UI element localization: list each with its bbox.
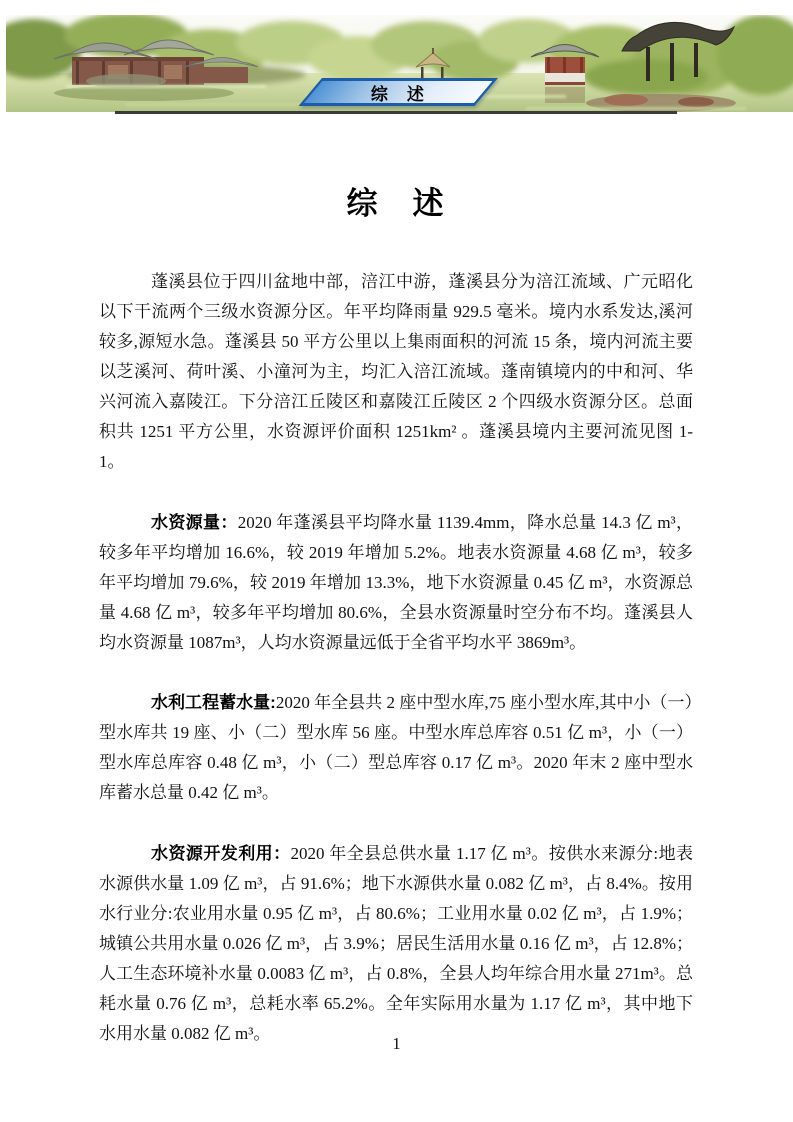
page-title: 综 述: [99, 183, 693, 225]
paragraph-reservoir-storage: 水利工程蓄水量:2020 年全县共 2 座中型水库,75 座小型水库,其中小（一…: [99, 688, 693, 808]
chapter-badge: 综 述: [299, 78, 498, 106]
document-body: 综 述 蓬溪县位于四川盆地中部，涪江中游，蓬溪县分为涪江流域、广元昭化以下干流两…: [99, 183, 693, 1049]
paragraph-text: 2020 年全县总供水量 1.17 亿 m³。按供水来源分:地表水源供水量 1.…: [99, 844, 693, 1043]
page-number: 1: [0, 1034, 793, 1054]
paragraph-lead: 水资源量：: [151, 513, 238, 532]
paragraph-water-utilization: 水资源开发利用：2020 年全县总供水量 1.17 亿 m³。按供水来源分:地表…: [99, 839, 693, 1049]
paragraph-water-resources: 水资源量：2020 年蓬溪县平均降水量 1139.4mm，降水总量 14.3 亿…: [99, 508, 693, 658]
header-divider-line: [115, 111, 677, 114]
paragraph-text: 2020 年蓬溪县平均降水量 1139.4mm，降水总量 14.3 亿 m³，较…: [99, 513, 693, 652]
paragraph-overview: 蓬溪县位于四川盆地中部，涪江中游，蓬溪县分为涪江流域、广元昭化以下干流两个三级水…: [99, 267, 693, 477]
chapter-badge-label: 综 述: [371, 80, 425, 105]
paragraph-text: 蓬溪县位于四川盆地中部，涪江中游，蓬溪县分为涪江流域、广元昭化以下干流两个三级水…: [99, 272, 693, 471]
document-page: 综 述 综 述 蓬溪县位于四川盆地中部，涪江中游，蓬溪县分为涪江流域、广元昭化以…: [0, 0, 793, 1122]
paragraph-lead: 水利工程蓄水量:: [151, 693, 276, 712]
paragraph-lead: 水资源开发利用：: [151, 844, 291, 863]
